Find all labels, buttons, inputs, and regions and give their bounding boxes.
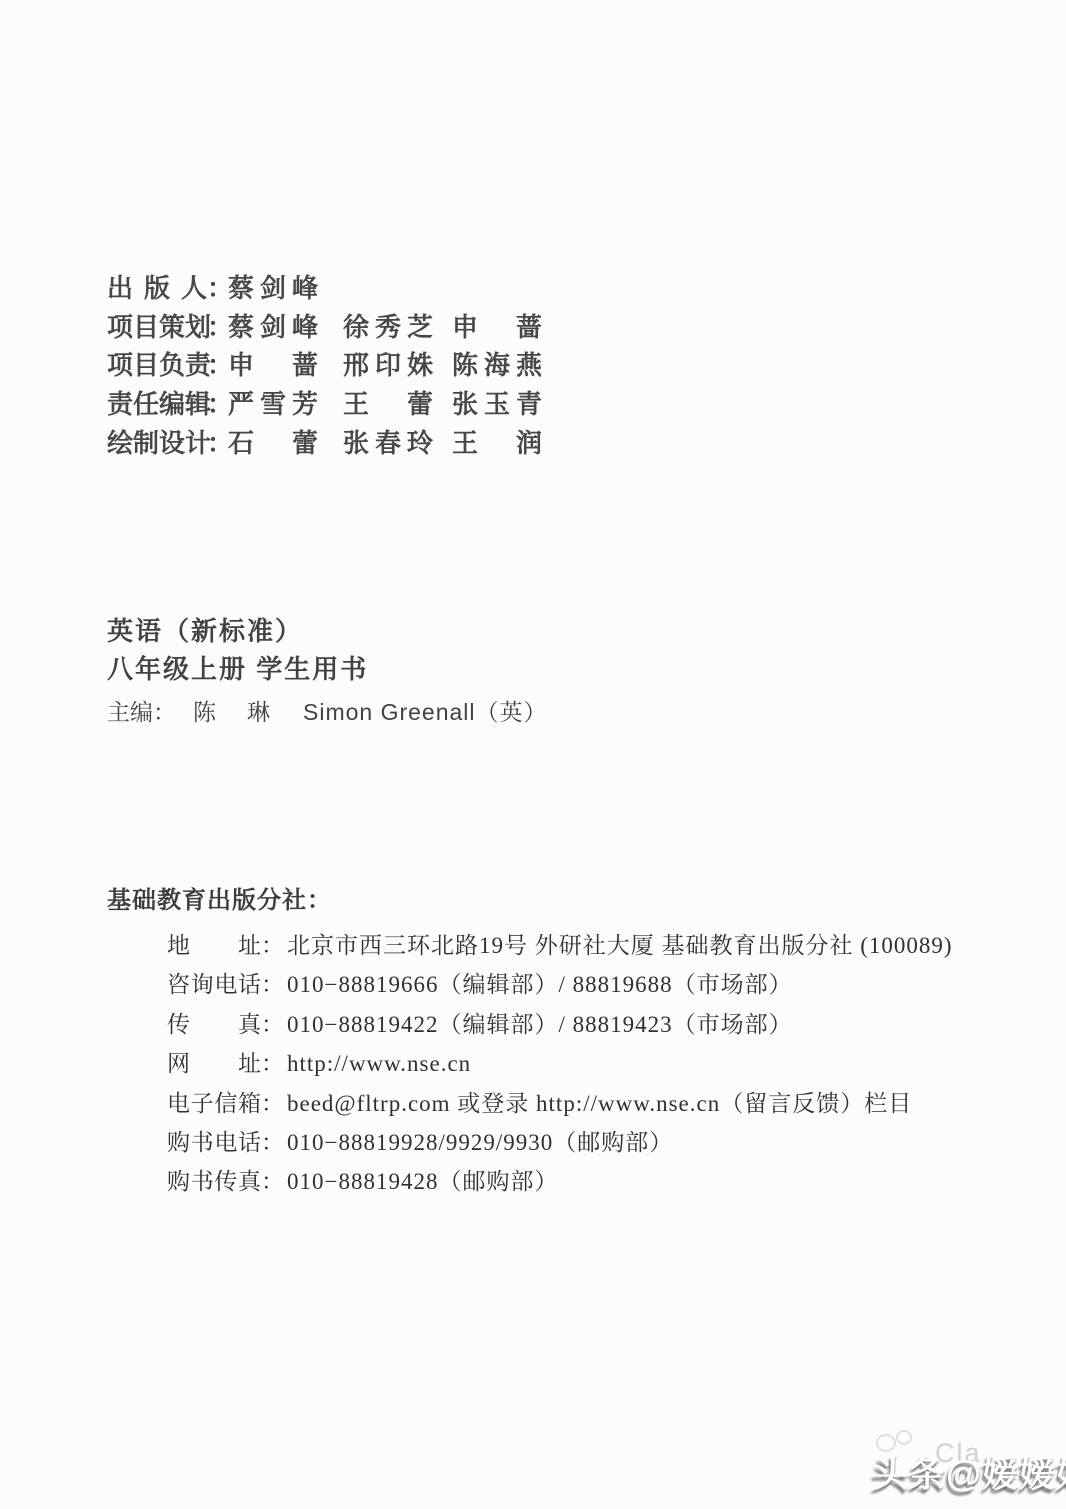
editor-name-en: Simon Greenall（英） [303, 693, 548, 731]
staff-row-publisher: 出版人：蔡剑峰 [107, 269, 548, 308]
publisher-row-phone: 咨询电话：010−88819666（编辑部）/ 88819688（市场部） [167, 965, 953, 1004]
book-colophon-page: 出版人：蔡剑峰 项目策划：蔡剑峰徐秀芝申 蔷 项目负责：申 蔷邢印姝陈海燕 责任… [0, 0, 1066, 1509]
staff-role-label: 出版人 [107, 269, 207, 308]
staff-row-design: 绘制设计：石 蕾张春玲王 润 [107, 424, 548, 463]
publisher-row-fax: 传真：010−88819422（编辑部）/ 88819423（市场部） [167, 1005, 953, 1044]
publisher-field-value: 010−88819666（编辑部）/ 88819688（市场部） [287, 965, 793, 1004]
publisher-field-value: 010−88819422（编辑部）/ 88819423（市场部） [287, 1005, 793, 1044]
staff-name: 蔡剑峰 [228, 308, 343, 347]
staff-colon: ： [207, 269, 228, 308]
publisher-rows: 地址：北京市西三环北路19号 外研社大厦 基础教育出版分社 (100089) 咨… [167, 926, 953, 1202]
publisher-contact-block: 基础教育出版分社： 地址：北京市西三环北路19号 外研社大厦 基础教育出版分社 … [107, 885, 953, 1202]
publisher-field-label: 地址 [167, 926, 261, 965]
publisher-field-label: 传真 [167, 1005, 261, 1044]
staff-name: 邢印姝 [343, 346, 452, 385]
publisher-row-website: 网址：http://www.nse.cn [167, 1044, 953, 1083]
staff-name: 张玉青 [452, 385, 548, 424]
publisher-colon: ： [261, 1005, 287, 1044]
watermark-text: 头条@嫒嫒妈 [872, 1446, 1066, 1497]
publisher-field-label: 咨询电话 [167, 965, 261, 1004]
staff-name: 石 蕾 [228, 424, 343, 463]
publisher-field-value: http://www.nse.cn [287, 1044, 471, 1083]
publisher-heading: 基础教育出版分社： [107, 885, 953, 917]
publisher-field-label: 电子信箱 [167, 1084, 261, 1123]
book-series-title: 英语（新标准） [107, 612, 548, 650]
publisher-colon: ： [261, 1162, 287, 1201]
book-volume-title: 八年级上册 学生用书 [107, 650, 548, 688]
staff-colon: ： [207, 308, 228, 347]
publisher-colon: ： [261, 1084, 287, 1123]
publisher-colon: ： [261, 926, 287, 965]
staff-name: 张春玲 [343, 424, 452, 463]
staff-row-planning: 项目策划：蔡剑峰徐秀芝申 蔷 [107, 308, 548, 347]
staff-name: 徐秀芝 [343, 308, 452, 347]
publisher-row-address: 地址：北京市西三环北路19号 外研社大厦 基础教育出版分社 (100089) [167, 926, 953, 965]
watermark: Cla 头条@嫒嫒妈 [862, 1432, 1066, 1509]
publisher-field-value: 北京市西三环北路19号 外研社大厦 基础教育出版分社 (100089) [287, 926, 953, 965]
publisher-row-order-phone: 购书电话：010−88819928/9929/9930（邮购部） [167, 1123, 953, 1162]
book-editor-line: 主编：陈 琳Simon Greenall（英） [107, 693, 548, 731]
staff-role-label: 责任编辑 [107, 385, 207, 424]
staff-name: 严雪芳 [228, 385, 343, 424]
staff-role-label: 绘制设计 [107, 424, 207, 463]
publisher-field-value: beed@fltrp.com 或登录 http://www.nse.cn（留言反… [287, 1084, 912, 1123]
staff-colon: ： [207, 385, 228, 424]
staff-name: 陈海燕 [452, 346, 548, 385]
staff-name: 申 蔷 [452, 308, 548, 347]
staff-colon: ： [207, 346, 228, 385]
publisher-field-label: 网址 [167, 1044, 261, 1083]
publisher-row-email: 电子信箱：beed@fltrp.com 或登录 http://www.nse.c… [167, 1084, 953, 1123]
publisher-colon: ： [261, 1044, 287, 1083]
staff-role-label: 项目策划 [107, 308, 207, 347]
staff-row-project-lead: 项目负责：申 蔷邢印姝陈海燕 [107, 346, 548, 385]
staff-row-editor: 责任编辑：严雪芳王 蕾张玉青 [107, 385, 548, 424]
editor-name-cn: 陈 琳 [193, 693, 303, 731]
publisher-field-label: 购书传真 [167, 1162, 261, 1201]
staff-name: 王 蕾 [343, 385, 452, 424]
staff-name: 王 润 [452, 424, 548, 463]
faint-logo-mark-icon [896, 1430, 912, 1445]
staff-colon: ： [207, 424, 228, 463]
publisher-field-label: 购书电话 [167, 1123, 261, 1162]
publisher-colon: ： [261, 1123, 287, 1162]
staff-role-label: 项目负责 [107, 346, 207, 385]
staff-name: 蔡剑峰 [228, 269, 343, 308]
staff-name: 申 蔷 [228, 346, 343, 385]
book-title-block: 英语（新标准） 八年级上册 学生用书 主编：陈 琳Simon Greenall（… [107, 612, 548, 731]
publisher-field-value: 010−88819928/9929/9930（邮购部） [287, 1123, 673, 1162]
publisher-colon: ： [261, 965, 287, 1004]
editor-label: 主编： [107, 693, 193, 731]
publisher-field-value: 010−88819428（邮购部） [287, 1162, 558, 1201]
publisher-row-order-fax: 购书传真：010−88819428（邮购部） [167, 1162, 953, 1201]
staff-credits-block: 出版人：蔡剑峰 项目策划：蔡剑峰徐秀芝申 蔷 项目负责：申 蔷邢印姝陈海燕 责任… [107, 269, 548, 462]
